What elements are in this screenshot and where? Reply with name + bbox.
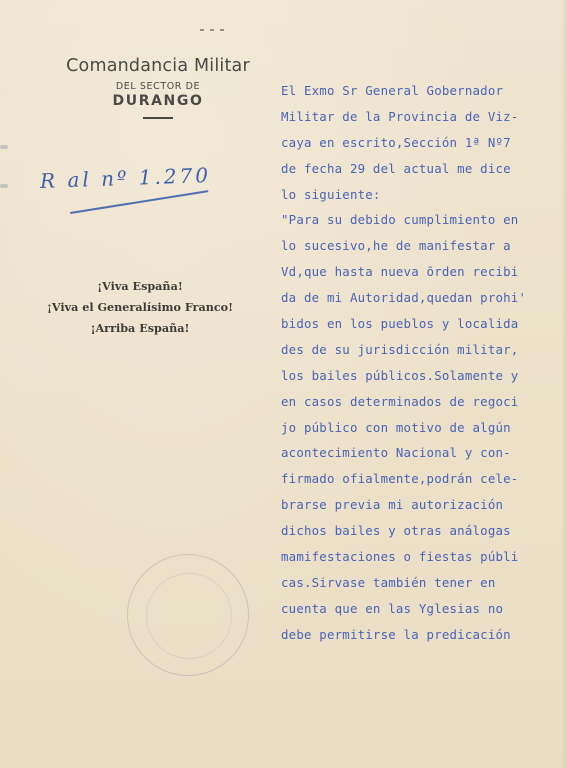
letterhead-title: Comandancia Militar (40, 56, 276, 76)
slogan: ¡Arriba España! (20, 318, 260, 339)
letterhead: Comandancia Militar DEL SECTOR DE DURANG… (40, 56, 276, 119)
body-line: mamifestaciones o fiestas públi (281, 544, 567, 570)
paper-mark (200, 16, 240, 18)
body-line: jo público con motivo de algún (281, 415, 567, 441)
margin-bleed-marks (0, 145, 8, 223)
body-line: de fecha 29 del actual me dice (281, 156, 567, 182)
body-line: "Para su debido cumplimiento en (281, 207, 567, 233)
body-line: Vd,que hasta nueva õrden recibi (281, 259, 567, 285)
body-line: des de su jurisdicción militar, (281, 337, 567, 363)
slogan: ¡Viva España! (20, 276, 260, 297)
seal-inner-ring (146, 573, 232, 659)
slogans: ¡Viva España! ¡Viva el Generalísimo Fran… (20, 276, 260, 339)
letterhead-city: DURANGO (40, 93, 276, 109)
body-line: en casos determinados de regoci (281, 389, 567, 415)
seal-stamp-icon (127, 554, 249, 676)
body-line: cas.Sirvase también tener en (281, 570, 567, 596)
slogan: ¡Viva el Generalísimo Franco! (20, 297, 260, 318)
body-line: caya en escrito,Sección 1ª Nº7 (281, 130, 567, 156)
typewritten-body: El Exmo Sr General Gobernador Militar de… (281, 78, 567, 648)
body-line: cuenta que en las Yglesias no (281, 596, 567, 622)
body-line: Militar de la Provincia de Viz- (281, 104, 567, 130)
body-line: lo sucesivo,he de manifestar a (281, 233, 567, 259)
letterhead-subtitle: DEL SECTOR DE (40, 81, 276, 92)
body-line: los bailes públicos.Solamente y (281, 363, 567, 389)
body-line: da de mi Autoridad,quedan prohi' (281, 285, 567, 311)
body-line: El Exmo Sr General Gobernador (281, 78, 567, 104)
body-line: bidos en los pueblos y localida (281, 311, 567, 337)
letterhead-divider (143, 117, 173, 119)
body-line: firmado ofialmente,podrán cele- (281, 466, 567, 492)
body-line: lo siguiente: (281, 182, 567, 208)
body-line: dichos bailes y otras análogas (281, 518, 567, 544)
body-line: acontecimiento Nacional y con- (281, 440, 567, 466)
body-line: brarse previa mi autorización (281, 492, 567, 518)
body-line: debe permitirse la predicación (281, 622, 567, 648)
